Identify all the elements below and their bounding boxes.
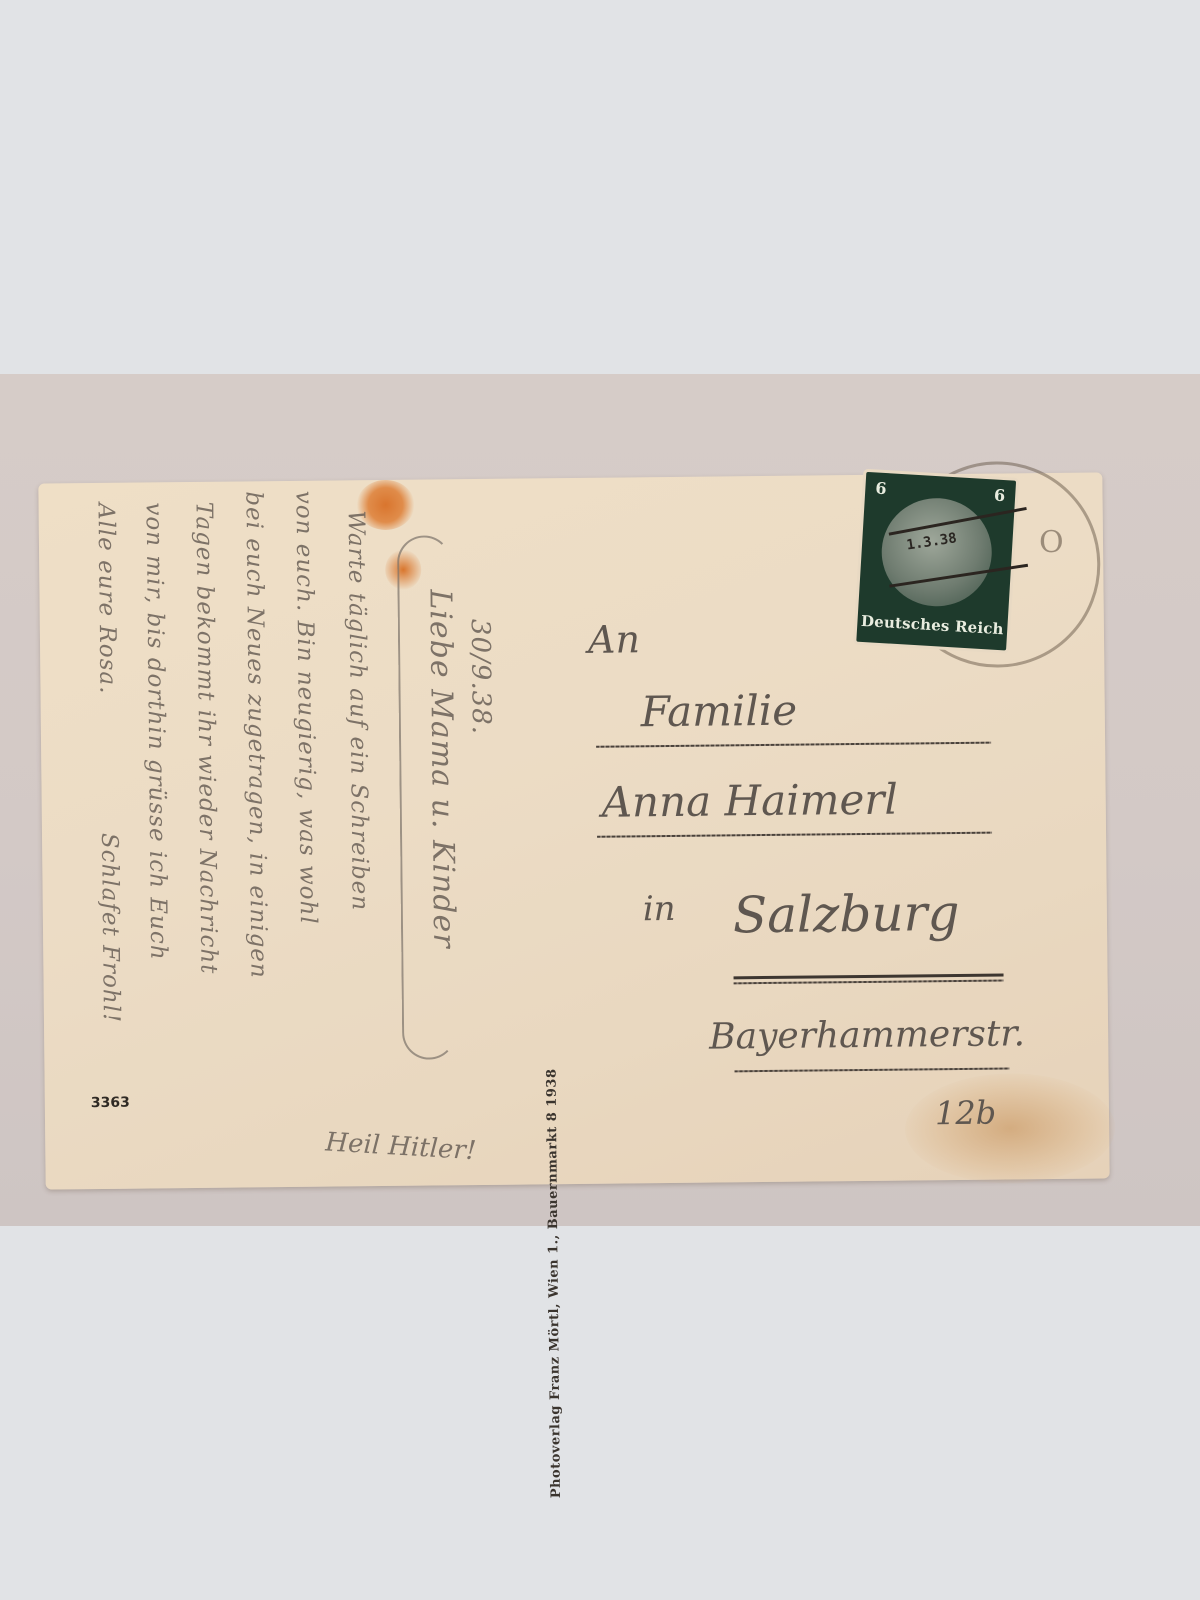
address-rule-1 xyxy=(596,742,991,748)
address-line-2: Anna Haimerl xyxy=(601,775,898,827)
stamp-country-label: Deutsches Reich xyxy=(857,612,1008,639)
message-line-7: Schlafet Frohl! xyxy=(96,833,124,1024)
postmark-letter: O xyxy=(1039,525,1064,560)
address-rule-2 xyxy=(597,832,992,838)
stamp-denomination-right: 6 xyxy=(994,486,1006,506)
postcard-back: 30/9.38. Liebe Mama u. Kinder Warte tägl… xyxy=(38,472,1109,1189)
postage-stamp: 6 6 1.3.38 Deutsches Reich xyxy=(856,472,1016,651)
message-closing: Heil Hitler! xyxy=(325,1127,477,1166)
address-street: Bayerhammerstr. xyxy=(709,1013,1025,1057)
message-line-5: von mir, bis dorthin grüsse ich Euch xyxy=(141,502,172,960)
message-line-4: Tagen bekommt ihr wieder Nachricht xyxy=(191,502,222,975)
address-prefix: An xyxy=(588,617,640,662)
catalog-number: 3363 xyxy=(91,1095,130,1111)
address-rule-4 xyxy=(735,1067,1010,1072)
message-line-1: Warte täglich auf ein Schreiben xyxy=(343,510,373,911)
stamp-portrait xyxy=(879,495,995,609)
message-line-3: bei euch Neues zugetragen, in einigen xyxy=(240,491,271,979)
address-house-number: 12b xyxy=(935,1094,997,1133)
address-rule-3a xyxy=(734,974,1004,980)
address-city: Salzburg xyxy=(733,884,960,944)
stamp-denomination-left: 6 xyxy=(875,478,887,498)
decorative-flourish xyxy=(397,535,456,1060)
address-city-prefix: in xyxy=(643,889,676,929)
message-line-6: Alle eure Rosa. xyxy=(93,503,121,695)
message-line-2: von euch. Bin neugierig, was wohl xyxy=(290,491,321,925)
message-date: 30/9.38. xyxy=(465,619,496,735)
address-line-1: Familie xyxy=(640,686,797,737)
address-rule-3b xyxy=(734,980,1004,985)
publisher-imprint: Photoverlag Franz Mörtl, Wien 1., Bauern… xyxy=(544,1068,563,1498)
